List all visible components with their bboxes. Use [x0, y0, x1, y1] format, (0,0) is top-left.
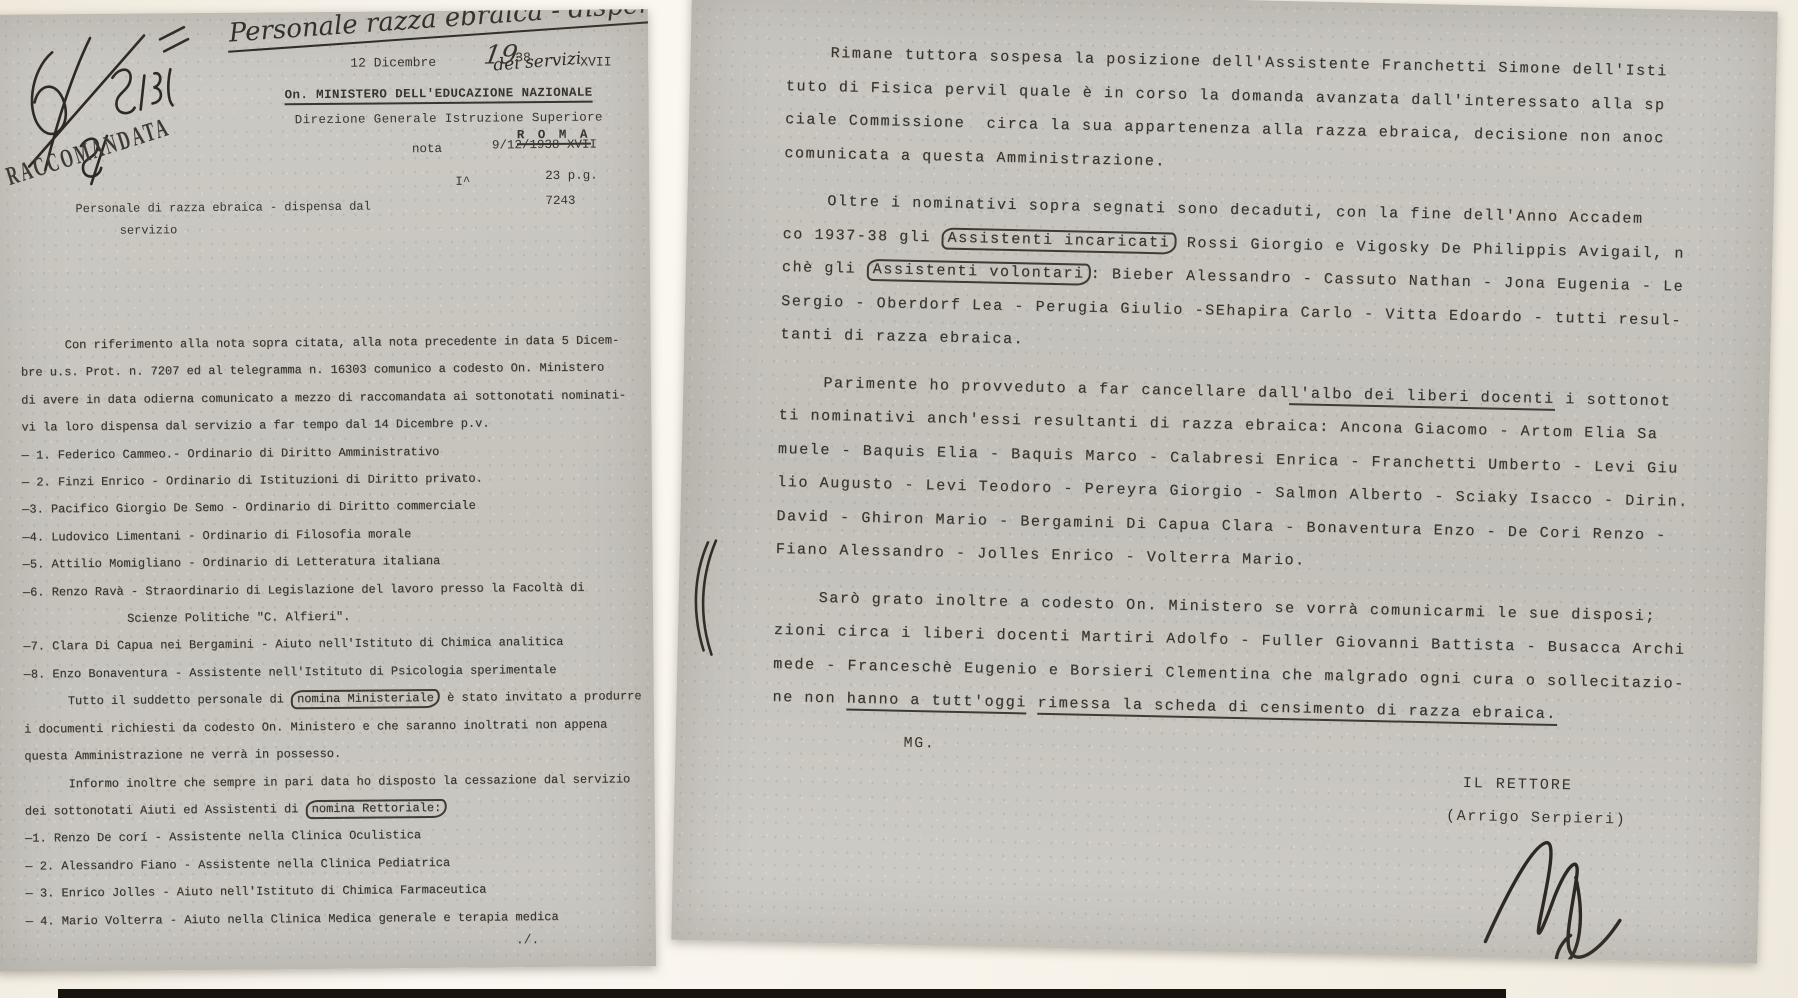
- protocol-reference-2: 7243: [545, 194, 575, 208]
- annotated-phrase: Assistenti incaricati: [941, 227, 1176, 254]
- typed-text: —8. Enzo Bonaventura - Assistente nell'I…: [24, 663, 557, 682]
- letter-body-page-1: Con riferimento alla nota sopra citata, …: [21, 327, 653, 935]
- typed-text: — 2. Alessandro Fiano - Assistente nella…: [25, 856, 450, 874]
- document-line: di avere in data odierna comunicato a me…: [21, 382, 648, 415]
- typed-text: comunicata a questa Amministrazione.: [784, 145, 1166, 170]
- typed-text: i documenti richiesti da codesto On. Min…: [24, 717, 607, 736]
- annotated-phrase: nomina Rettoriale:: [306, 799, 448, 819]
- typed-text: Rossi Giorgio e Vigosky De Philippis Avi…: [1176, 234, 1685, 262]
- typed-text: chè gli: [782, 259, 867, 278]
- signature-title: IL RETTORE: [1463, 775, 1573, 794]
- typed-text: —7. Clara Di Capua nei Bergamini - Aiuto…: [23, 635, 563, 654]
- subject-line-2: servizio: [120, 223, 178, 238]
- typed-text: i sottonot: [1555, 390, 1672, 410]
- typed-text: è stato invitato a produrre: [440, 690, 642, 706]
- typed-text: — 4. Mario Volterra - Aiuto nella Clinic…: [26, 909, 559, 928]
- typed-text: — 1. Federico Cammeo.- Ordinario di Diri…: [22, 445, 440, 463]
- typed-text: —1. Renzo De corí - Assistente nella Cli…: [25, 828, 421, 845]
- margin-brace-icon: [681, 536, 724, 657]
- typed-text: Scienze Politiche "C. Alfieri".: [127, 610, 350, 626]
- typed-text: vi la loro dispensa dal servizio a far t…: [21, 417, 489, 435]
- letter-year: 38: [515, 50, 531, 65]
- typed-text: bre u.s. Prot. n. 7207 ed al telegramma …: [21, 361, 604, 380]
- page-continuation-mark: ./.: [516, 932, 540, 947]
- document-line: Informo inoltre che sempre in pari data …: [24, 766, 651, 799]
- typed-text: —4. Ludovico Limentani - Ordinario di Fi…: [22, 527, 411, 544]
- annotated-phrase: l'albo dei liberi docenti: [1290, 385, 1555, 411]
- protocol-reference-1: 23 p.g.: [545, 169, 598, 183]
- document-line: — 4. Mario Volterra - Aiuto nella Clinic…: [26, 903, 653, 936]
- typist-initials: MG.: [903, 735, 935, 753]
- annotated-phrase: rimessa la scheda di censimento di razza…: [1037, 695, 1557, 726]
- letter-page-1: Personale razza ebraica - dispensa dei s…: [0, 9, 656, 972]
- typed-text: dei sottonotati Aiuti ed Assistenti di: [25, 802, 306, 818]
- typed-text: — 2. Finzi Enrico - Ordinario di Istituz…: [22, 472, 483, 490]
- typed-text: Parimente ho provveduto a far cancellare…: [823, 374, 1290, 401]
- annotated-phrase: Assistenti volontari: [866, 259, 1090, 286]
- typed-text: Fiano Alessandro - Jolles Enrico - Volte…: [776, 541, 1306, 570]
- handwritten-subject-note: Personale razza ebraica - dispensa: [226, 9, 656, 53]
- subject-line-1: Personale di razza ebraica - dispensa da…: [75, 200, 370, 217]
- typed-text: —5. Attilio Momigliano - Ordinario di Le…: [23, 554, 441, 572]
- typed-text: Tutto il suddetto personale di: [68, 693, 291, 709]
- nota-label: nota: [412, 142, 442, 156]
- letter-date: 12 Dicembre: [350, 55, 436, 71]
- document-line: i documenti richiesti da codesto On. Min…: [24, 711, 651, 744]
- typed-text: —3. Pacifico Giorgio De Semo - Ordinario…: [22, 499, 476, 517]
- typed-text: co 1937-38 gli: [782, 226, 941, 246]
- typed-text: — 3. Enrico Jolles - Aiuto nell'Istituto…: [25, 883, 486, 901]
- letter-body-page-2: Rimane tuttora sospesa la posizione dell…: [772, 36, 1762, 736]
- recipient-directorate: Direzione Generale Istruzione Superiore: [295, 111, 603, 128]
- typed-text: di avere in data odierna comunicato a me…: [21, 388, 626, 407]
- division-mark: I^: [455, 175, 470, 189]
- typed-text: : Bieber Alessandro - Cassuto Nathan - J…: [1091, 266, 1685, 296]
- typed-text: Con riferimento alla nota sopra citata, …: [65, 333, 620, 352]
- typed-text: —6. Renzo Ravà - Straordinario di Legisl…: [23, 580, 585, 599]
- document-line: —6. Renzo Ravà - Straordinario di Legisl…: [23, 574, 650, 607]
- nota-reference: 9/12/1938 XVII: [492, 138, 597, 153]
- typed-text: tanti di razza ebraica.: [780, 326, 1024, 348]
- handwritten-year-prefix: 19: [482, 40, 520, 70]
- photo-background: Personale razza ebraica - dispensa dei s…: [0, 0, 1798, 998]
- typed-text: questa Amministrazione ne verrà in posse…: [24, 747, 341, 764]
- annotated-phrase: hanno a tutt'oggi: [846, 691, 1027, 715]
- document-line: —7. Clara Di Capua nei Bergamini - Aiuto…: [23, 629, 650, 662]
- scan-edge-strip: [58, 989, 1506, 998]
- typed-text: Informo inoltre che sempre in pari data …: [68, 772, 630, 791]
- fascist-era-numeral: XVII: [580, 54, 611, 69]
- typed-text: ne non: [772, 689, 847, 708]
- annotated-phrase: nomina Ministeriale: [291, 689, 440, 709]
- letter-page-2: Rimane tuttora sospesa la posizione dell…: [671, 0, 1778, 963]
- signature-flourish-icon: [1471, 823, 1654, 963]
- typed-text: [1027, 694, 1038, 711]
- recipient-ministry: On. MINISTERO DELL'EDUCAZIONE NAZIONALE: [284, 86, 592, 106]
